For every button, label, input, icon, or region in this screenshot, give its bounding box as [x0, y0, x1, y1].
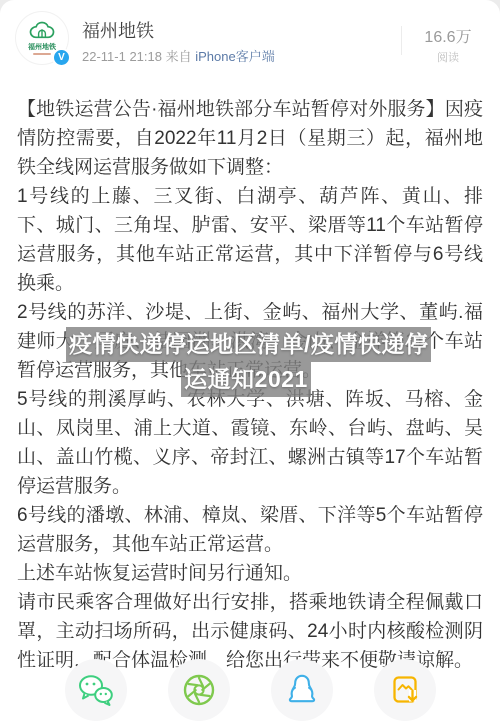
- wechat-icon: [77, 674, 114, 707]
- save-image-button[interactable]: [374, 659, 436, 721]
- source-link[interactable]: iPhone客户端: [195, 49, 274, 64]
- verified-badge-icon: V: [52, 48, 71, 67]
- watermark-line2: 运通知2021: [181, 362, 311, 397]
- read-count: 16.6万: [410, 24, 486, 47]
- share-moments-button[interactable]: [168, 659, 230, 721]
- post-timestamp: 22-11-1 21:18: [82, 49, 162, 64]
- watermark-line1: 疫情快递停运地区清单/疫情快递停: [66, 327, 431, 362]
- moments-aperture-icon: [182, 673, 216, 707]
- header-divider: [401, 26, 402, 55]
- watermark-overlay: 疫情快递停运地区清单/疫情快递停 运通知2021: [66, 327, 426, 397]
- body-paragraph: 上述车站恢复运营时间另行通知。: [17, 559, 483, 588]
- share-qq-button[interactable]: [271, 659, 333, 721]
- share-wechat-button[interactable]: [65, 659, 127, 721]
- fuzhou-metro-logo-icon: [27, 21, 57, 43]
- read-count-block: 16.6万 阅读: [410, 24, 486, 65]
- weibo-post-card: 福州地铁 V 福州地铁 22-11-1 21:18 来自 iPhone客户端 1…: [0, 0, 500, 726]
- avatar-subtext: [33, 53, 51, 55]
- share-toolbar: [0, 659, 500, 721]
- body-paragraph: 1号线的上藤、三叉街、白湖亭、葫芦阵、黄山、排下、城门、三角埕、胪雷、安平、梁厝…: [17, 182, 483, 298]
- source-prefix: 来自: [166, 49, 196, 64]
- qq-penguin-icon: [285, 673, 319, 707]
- read-label: 阅读: [410, 49, 486, 65]
- body-paragraph: 【地铁运营公告·福州地铁部分车站暂停对外服务】因疫情防控需要，自2022年11月…: [17, 95, 483, 182]
- post-meta: 22-11-1 21:18 来自 iPhone客户端: [82, 46, 275, 65]
- body-paragraph: 5号线的荆溪厚屿、农林大学、洪塘、阵坂、马榕、金山、凤岗里、浦上大道、霞镜、东岭…: [17, 385, 483, 501]
- avatar[interactable]: 福州地铁 V: [16, 12, 68, 64]
- body-paragraph: 6号线的潘墩、林浦、樟岚、梁厝、下洋等5个车站暂停运营服务，其他车站正常运营。: [17, 501, 483, 559]
- account-name[interactable]: 福州地铁: [82, 17, 154, 43]
- save-image-icon: [388, 673, 422, 707]
- avatar-label: 福州地铁: [28, 42, 56, 52]
- post-header: 福州地铁 V 福州地铁 22-11-1 21:18 来自 iPhone客户端 1…: [0, 0, 500, 92]
